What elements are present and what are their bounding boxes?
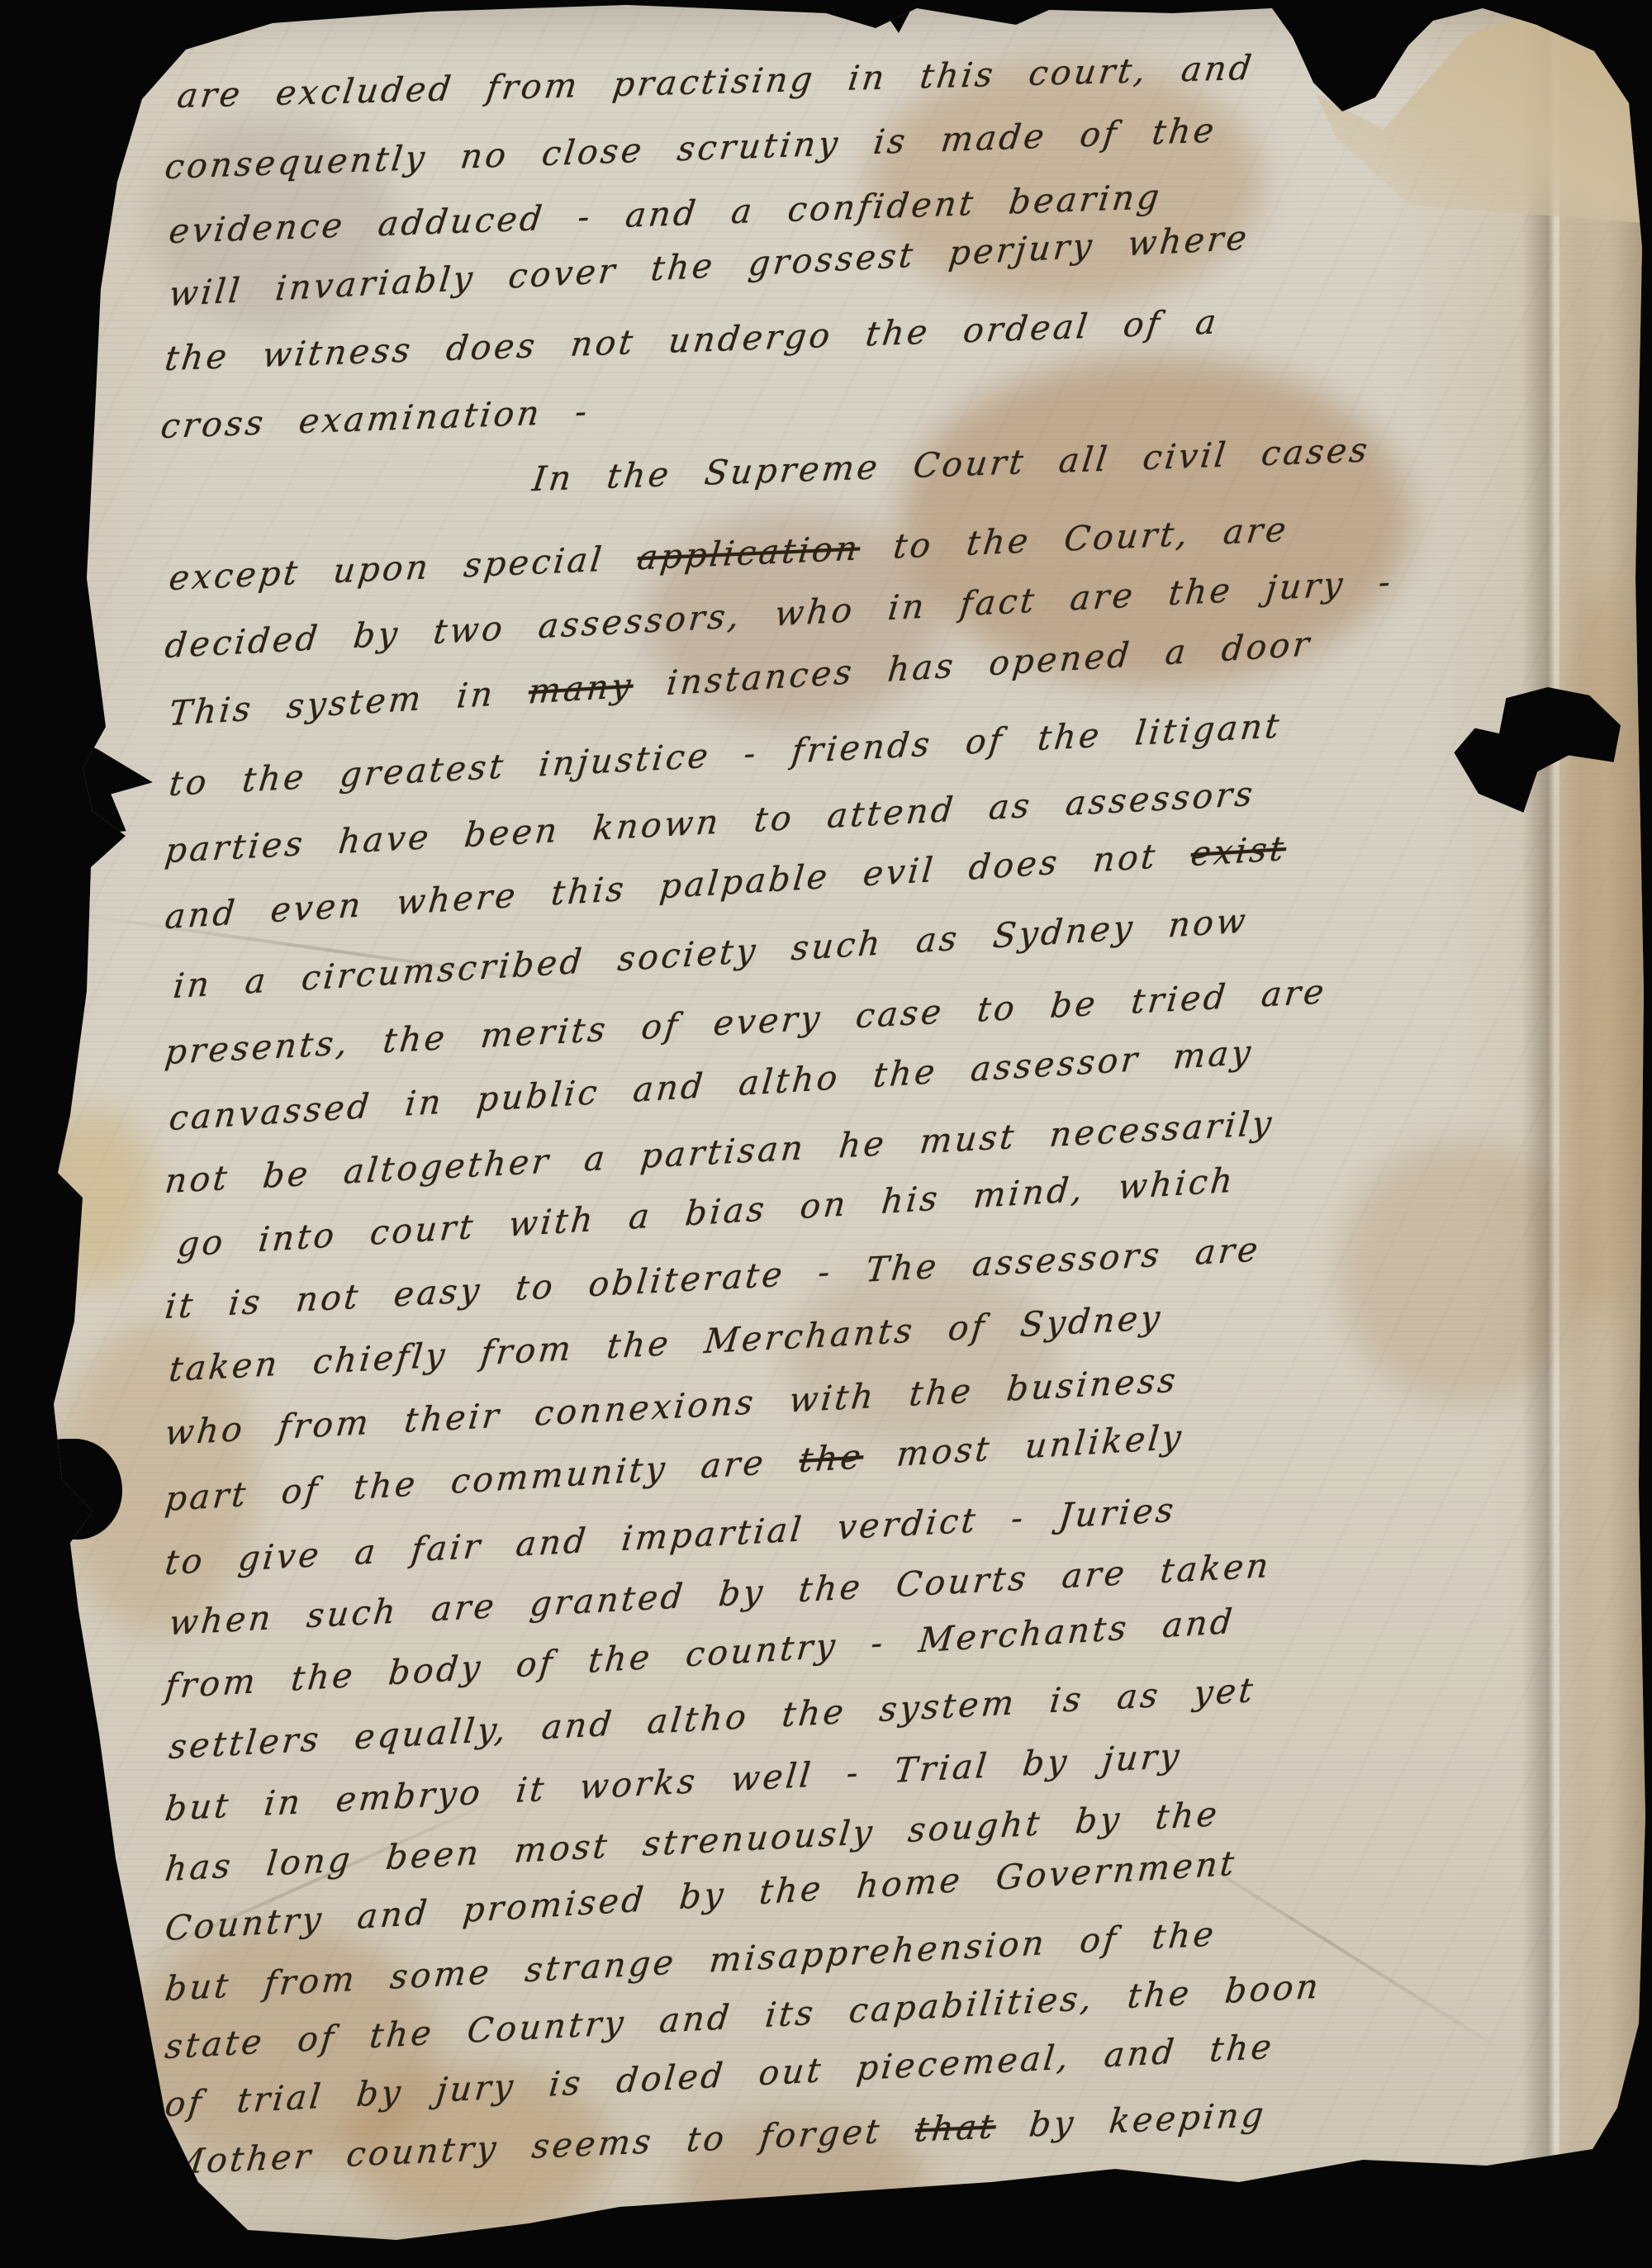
manuscript-line: In the Supreme Court all civil cases <box>530 429 1372 499</box>
manuscript-line: the witness does not undergo the ordeal … <box>163 301 1221 378</box>
handwriting-layer: are excluded from practising in this cou… <box>0 0 1652 2268</box>
manuscript-line: consequently no close scrutiny is made o… <box>163 110 1219 187</box>
manuscript-page: are excluded from practising in this cou… <box>0 0 1652 2268</box>
manuscript-line: are excluded from practising in this cou… <box>175 48 1256 116</box>
manuscript-line: cross examination - <box>159 391 592 446</box>
scanned-manuscript: { "page": { "background_color": "#060606… <box>0 0 1652 2268</box>
